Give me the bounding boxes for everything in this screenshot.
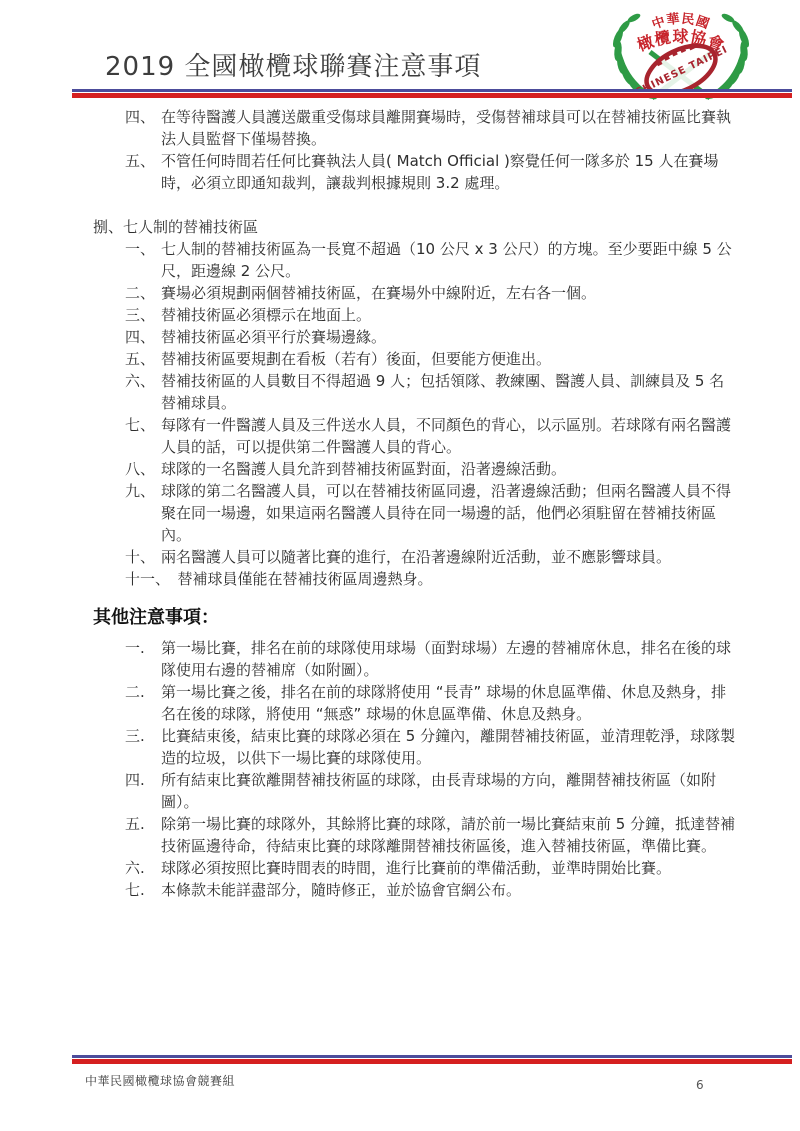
list-item: 十、 兩名醫護人員可以隨著比賽的進行，在沿著邊線附近活動，並不應影響球員。 [125,546,792,568]
item-text: 本條款未能詳盡部分，隨時修正，並於協會官網公布。 [161,879,736,901]
continued-items-list: 四、 在等待醫護人員護送嚴重受傷球員離開賽場時，受傷替補球員可以在替補技術區比賽… [125,106,792,194]
list-item: 四、 替補技術區必須平行於賽場邊緣。 [125,326,792,348]
item-number: 五、 [125,348,161,370]
item-number: 七、 [125,414,161,436]
item-number: 四、 [125,106,161,128]
footer-org-text: 中華民國橄欖球協會競賽組 [85,1072,792,1089]
section-heading-8: 捌、七人制的替補技術區 [93,216,792,238]
item-number: 五. [125,813,161,835]
item-text: 不管任何時間若任何比賽執法人員( Match Official )察覺任何一隊多… [161,150,736,194]
list-item: 六. 球隊必須按照比賽時間表的時間，進行比賽前的準備活動，並準時開始比賽。 [125,857,792,879]
item-number: 二、 [125,282,161,304]
item-text: 賽場必須規劃兩個替補技術區，在賽場外中線附近，左右各一個。 [161,282,736,304]
item-text: 球隊必須按照比賽時間表的時間，進行比賽前的準備活動，並準時開始比賽。 [161,857,736,879]
item-number: 二. [125,681,161,703]
list-item: 一、 七人制的替補技術區為一長寬不超過（10 公尺 x 3 公尺）的方塊。至少要… [125,238,792,282]
other-notes-heading: 其他注意事項： [93,606,792,630]
header-rule [72,89,792,98]
item-number: 三、 [125,304,161,326]
list-item: 三. 比賽結束後，結束比賽的球隊必須在 5 分鐘內，離開替補技術區，並清理乾淨，… [125,725,792,769]
item-number: 十一、 [125,568,178,590]
item-number: 六、 [125,370,161,392]
item-text: 每隊有一件醫護人員及三件送水人員，不同顏色的背心，以示區別。若球隊有兩名醫護人員… [161,414,736,458]
item-number: 九、 [125,480,161,502]
item-text: 除第一場比賽的球隊外，其餘將比賽的球隊，請於前一場比賽結束前 5 分鐘，抵達替補… [161,813,736,857]
item-number: 三. [125,725,161,747]
item-number: 一、 [125,238,161,260]
item-number: 五、 [125,150,161,172]
item-number: 一. [125,637,161,659]
item-text: 球隊的一名醫護人員允許到替補技術區對面，沿著邊線活動。 [161,458,736,480]
list-item: 十一、 替補球員僅能在替補技術區周邊熱身。 [125,568,792,590]
other-notes-list: 一. 第一場比賽，排名在前的球隊使用球場（面對球場）左邊的替補席休息，排名在後的… [125,637,792,901]
footer-rule [72,1055,792,1064]
list-item: 五、 替補技術區要規劃在看板（若有）後面，但要能方便進出。 [125,348,792,370]
list-item: 八、 球隊的一名醫護人員允許到替補技術區對面，沿著邊線活動。 [125,458,792,480]
page-title: 2019 全國橄欖球聯賽注意事項 [105,52,792,82]
item-number: 四. [125,769,161,791]
list-item: 四、 在等待醫護人員護送嚴重受傷球員離開賽場時，受傷替補球員可以在替補技術區比賽… [125,106,792,150]
list-item: 一. 第一場比賽，排名在前的球隊使用球場（面對球場）左邊的替補席休息，排名在後的… [125,637,792,681]
document-page: 中華民國 橄欖球協會 CHINESE TAIPEI 2019 全國橄欖球聯賽注意… [0,0,800,1131]
item-number: 六. [125,857,161,879]
list-item: 六、 替補技術區的人員數目不得超過 9 人；包括領隊、教練團、醫護人員、訓練員及… [125,370,792,414]
list-item: 五. 除第一場比賽的球隊外，其餘將比賽的球隊，請於前一場比賽結束前 5 分鐘，抵… [125,813,792,857]
item-text: 球隊的第二名醫護人員，可以在替補技術區同邊，沿著邊線活動；但兩名醫護人員不得聚在… [161,480,736,546]
item-number: 七. [125,879,161,901]
item-number: 八、 [125,458,161,480]
item-text: 替補球員僅能在替補技術區周邊熱身。 [178,568,753,590]
item-number: 四、 [125,326,161,348]
section-8-list: 一、 七人制的替補技術區為一長寬不超過（10 公尺 x 3 公尺）的方塊。至少要… [125,238,792,590]
list-item: 五、 不管任何時間若任何比賽執法人員( Match Official )察覺任何… [125,150,792,194]
page-number: 6 [696,1078,704,1092]
list-item: 二. 第一場比賽之後，排名在前的球隊將使用 “長青” 球場的休息區準備、休息及熱… [125,681,792,725]
list-item: 九、 球隊的第二名醫護人員，可以在替補技術區同邊，沿著邊線活動；但兩名醫護人員不… [125,480,792,546]
item-text: 第一場比賽之後，排名在前的球隊將使用 “長青” 球場的休息區準備、休息及熱身，排… [161,681,736,725]
list-item: 三、 替補技術區必須標示在地面上。 [125,304,792,326]
list-item: 二、 賽場必須規劃兩個替補技術區，在賽場外中線附近，左右各一個。 [125,282,792,304]
list-item: 七. 本條款未能詳盡部分，隨時修正，並於協會官網公布。 [125,879,792,901]
item-text: 替補技術區要規劃在看板（若有）後面，但要能方便進出。 [161,348,736,370]
page-footer: 中華民國橄欖球協會競賽組 6 [72,1048,792,1089]
item-text: 兩名醫護人員可以隨著比賽的進行，在沿著邊線附近活動，並不應影響球員。 [161,546,736,568]
item-text: 第一場比賽，排名在前的球隊使用球場（面對球場）左邊的替補席休息，排名在後的球隊使… [161,637,736,681]
item-text: 所有結束比賽欲離開替補技術區的球隊，由長青球場的方向，離開替補技術區（如附圖）。 [161,769,736,813]
item-text: 比賽結束後，結束比賽的球隊必須在 5 分鐘內，離開替補技術區，並清理乾淨，球隊製… [161,725,736,769]
list-item: 四. 所有結束比賽欲離開替補技術區的球隊，由長青球場的方向，離開替補技術區（如附… [125,769,792,813]
item-text: 替補技術區的人員數目不得超過 9 人；包括領隊、教練團、醫護人員、訓練員及 5 … [161,370,736,414]
item-text: 替補技術區必須標示在地面上。 [161,304,736,326]
item-text: 在等待醫護人員護送嚴重受傷球員離開賽場時，受傷替補球員可以在替補技術區比賽執法人… [161,106,736,150]
item-text: 替補技術區必須平行於賽場邊緣。 [161,326,736,348]
item-number: 十、 [125,546,161,568]
item-text: 七人制的替補技術區為一長寬不超過（10 公尺 x 3 公尺）的方塊。至少要距中線… [161,238,736,282]
list-item: 七、 每隊有一件醫護人員及三件送水人員，不同顏色的背心，以示區別。若球隊有兩名醫… [125,414,792,458]
